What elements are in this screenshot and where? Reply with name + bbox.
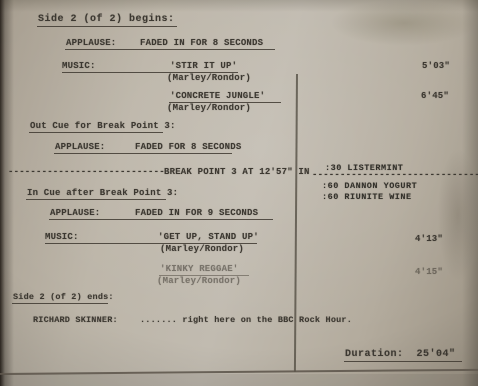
music-credit: (Marley/Rondor) (167, 73, 251, 83)
music-duration: 4'15" (415, 267, 443, 277)
break-point-text: BREAK POINT 3 AT 12'57" IN (164, 167, 310, 177)
heading-in-cue: In Cue after Break Point 3: (27, 188, 178, 198)
commercial-item: :60 DANNON YOGURT (322, 181, 417, 191)
music-credit: (Marley/Rondor) (167, 103, 251, 113)
music-duration: 6'45" (421, 91, 449, 101)
music-credit: (Marley/Rondor) (160, 244, 244, 254)
heading-out-cue: Out Cue for Break Point 3: (30, 121, 176, 131)
underline (12, 303, 108, 304)
music-label: MUSIC: (45, 232, 79, 242)
music-title: 'CONCRETE JUNGLE' (170, 91, 265, 101)
outro-line: ....... right here on the BBC Rock Hour. (140, 315, 352, 325)
applause-value: FADED IN FOR 9 SECONDS (135, 208, 258, 218)
applause-label: APPLAUSE: (50, 208, 100, 218)
underline (29, 132, 163, 133)
applause-label: APPLAUSE: (55, 142, 105, 152)
page-bottom-shadow (0, 374, 478, 386)
music-label: MUSIC: (62, 61, 96, 71)
applause-value: FADED IN FOR 8 SECONDS (140, 38, 263, 48)
music-title: 'STIR IT UP' (170, 61, 237, 71)
music-credit: (Marley/Rondor) (157, 276, 241, 286)
underline (26, 199, 166, 200)
heading-side-begins: Side 2 (of 2) begins: (38, 14, 175, 25)
music-title: 'GET UP, STAND UP' (158, 232, 259, 242)
commercial-item: :60 RIUNITE WINE (322, 192, 412, 202)
underline (49, 219, 273, 220)
break-dashes-left: ---------------------------- (8, 167, 165, 177)
cue-sheet-photo: Side 2 (of 2) begins: APPLAUSE: FADED IN… (0, 0, 478, 386)
applause-value: FADED FOR 8 SECONDS (135, 142, 241, 152)
commercial-item: :30 LISTERMINT (325, 163, 403, 173)
music-duration: 4'13" (415, 234, 443, 244)
heading-side-ends: Side 2 (of 2) ends: (13, 292, 114, 302)
applause-label: APPLAUSE: (66, 38, 116, 48)
outro-speaker: RICHARD SKINNER: (33, 315, 118, 325)
underline (37, 26, 177, 27)
underline (65, 49, 275, 50)
pen-column-line (294, 74, 298, 372)
duration-total: Duration: 25'04" (345, 349, 456, 360)
typed-page: Side 2 (of 2) begins: APPLAUSE: FADED IN… (0, 0, 478, 386)
music-duration: 5'03" (422, 61, 450, 71)
underline (344, 361, 462, 362)
underline (54, 153, 232, 154)
music-title: 'KINKY REGGAE' (160, 264, 238, 274)
